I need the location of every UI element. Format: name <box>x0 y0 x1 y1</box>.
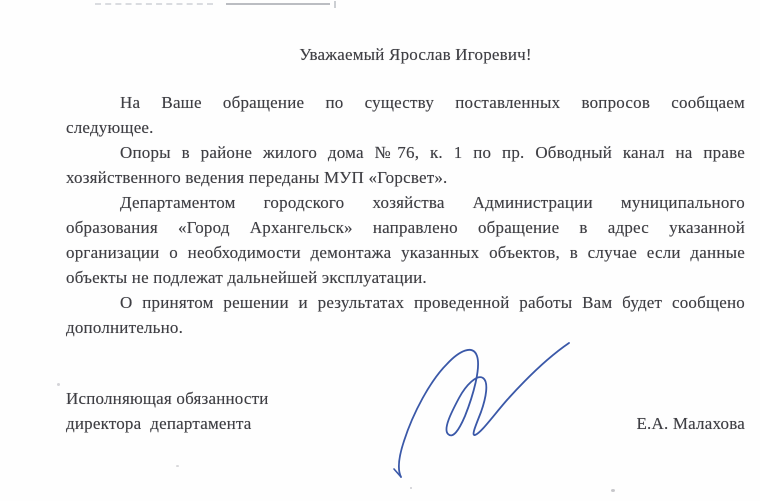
signoff-position: Исполняющая обязанности директора департ… <box>66 386 269 436</box>
signoff-block: Исполняющая обязанности директора департ… <box>66 386 745 436</box>
paragraph: О принятом решении и результатах проведе… <box>66 290 745 340</box>
signature-tail-hook <box>394 469 401 477</box>
signoff-name: Е.А. Малахова <box>636 411 745 436</box>
paragraph: На Ваше обращение по существу поставленн… <box>66 90 745 140</box>
paragraph: Опоры в районе жилого дома №76, к. 1 по … <box>66 140 745 190</box>
paragraph-line: организации о необходимости демонтажа ук… <box>66 240 745 265</box>
scan-speck <box>176 465 179 467</box>
letter-greeting: Уважаемый Ярослав Игоревич! <box>76 42 755 67</box>
paragraph-line: объекты не подлежат дальнейшей эксплуата… <box>66 265 745 290</box>
paragraph-line: следующее. <box>66 115 745 140</box>
paragraph-line: Департаментом городского хозяйства Админ… <box>66 190 745 215</box>
paragraph-line: дополнительно. <box>66 315 745 340</box>
paragraph-line: На Ваше обращение по существу поставленн… <box>66 90 745 115</box>
paragraph-line: образования «Город Архангельск» направле… <box>66 215 745 240</box>
paragraph-line: О принятом решении и результатах проведе… <box>66 290 745 315</box>
paragraph-line: Опоры в районе жилого дома №76, к. 1 по … <box>66 140 745 165</box>
paragraph: Департаментом городского хозяйства Админ… <box>66 190 745 290</box>
scan-speck <box>611 489 615 492</box>
paragraph-line: хозяйственного ведения переданы МУП «Гор… <box>66 165 745 190</box>
scanned-letter-page: Уважаемый Ярослав Игоревич! На Ваше обра… <box>0 0 760 501</box>
letter-body: Уважаемый Ярослав Игоревич! На Ваше обра… <box>0 0 760 436</box>
scan-speck <box>410 487 412 489</box>
